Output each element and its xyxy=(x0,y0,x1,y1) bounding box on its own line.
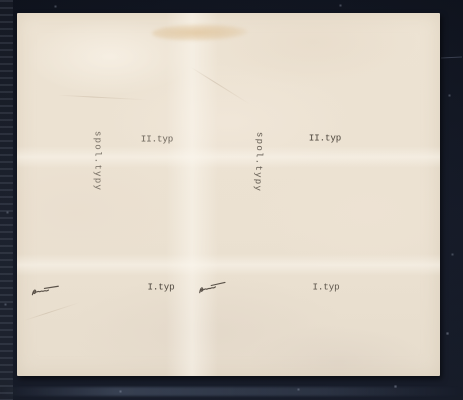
gloss-reflection xyxy=(0,387,463,396)
handstamp-spoltypy-right: spol.typy xyxy=(252,132,263,193)
expert-signature-mark xyxy=(196,279,229,296)
dust-specks xyxy=(0,0,1,1)
handstamp-type2-right: II.typ xyxy=(309,135,341,144)
stamp-block-paper: II.typ II.typ spol.typy spol.typy I.typ … xyxy=(17,13,440,376)
gutter-impression-horizontal-bottom xyxy=(17,254,440,276)
gutter-impression-horizontal-top xyxy=(17,146,440,168)
handstamp-type2-left: II.typ xyxy=(141,136,173,145)
album-page-texture xyxy=(0,0,13,400)
stamp-photo: II.typ II.typ spol.typy spol.typy I.typ … xyxy=(0,0,463,400)
handstamp-type1-left: I.typ xyxy=(147,284,174,293)
paper-crease xyxy=(24,302,79,321)
paper-crease xyxy=(190,67,250,105)
scratch-line xyxy=(441,56,462,58)
handstamp-spoltypy-left: spol.typy xyxy=(93,131,102,191)
paper-crease xyxy=(57,95,147,101)
expert-signature-mark xyxy=(30,283,63,298)
hinge-stain xyxy=(152,23,248,42)
handstamp-type1-right: I.typ xyxy=(312,284,339,293)
